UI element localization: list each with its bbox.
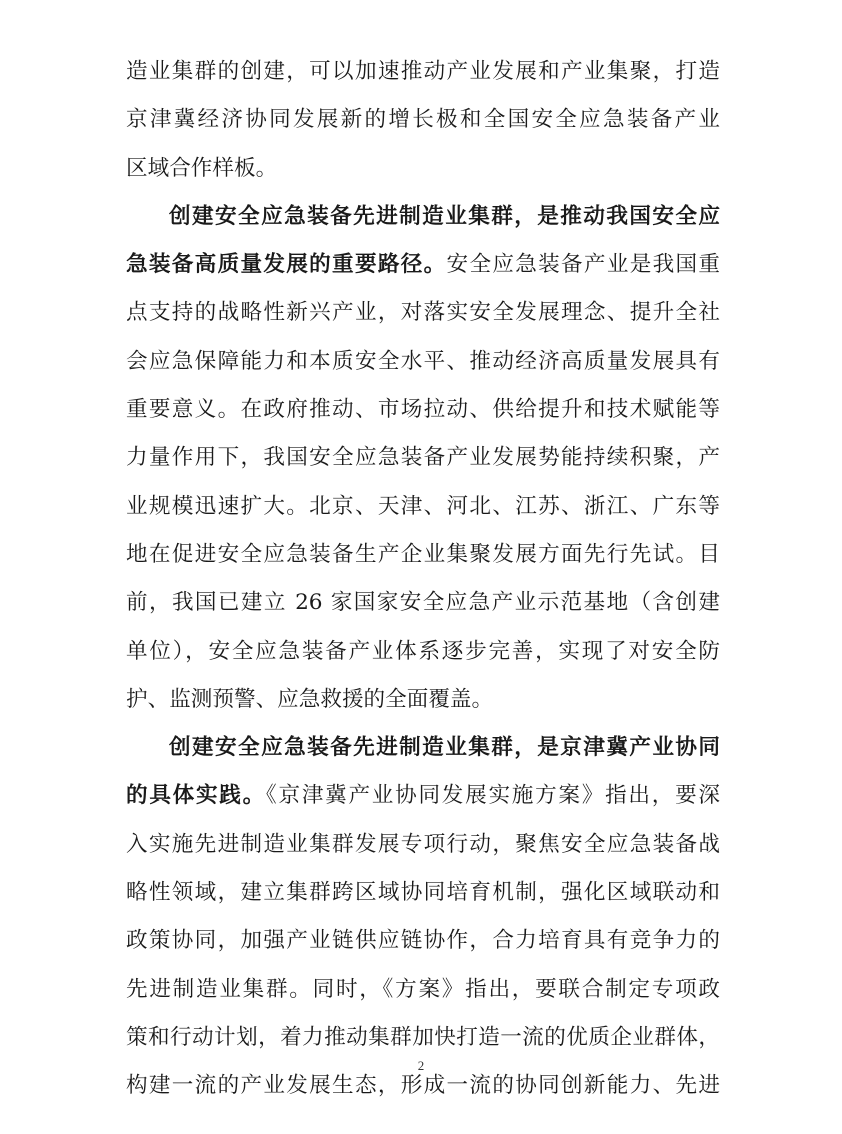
text-line: 力量作用下，我国安全应急装备产业发展势能持续积聚，产 <box>126 434 720 482</box>
body-text: 护、监测预警、应急救援的全面覆盖。 <box>126 687 493 712</box>
body-text: 单位），安全应急装备产业体系逐步完善，实现了对安全防 <box>126 639 720 664</box>
text-line: 点支持的战略性新兴产业，对落实安全发展理念、提升全社 <box>126 289 720 337</box>
bold-heading-text: 的具体实践。 <box>126 783 266 808</box>
document-body: 造业集群的创建，可以加速推动产业发展和产业集聚，打造京津冀经济协同发展新的增长极… <box>126 48 720 1111</box>
text-line: 急装备高质量发展的重要路径。安全应急装备产业是我国重 <box>126 241 720 289</box>
body-text: 前，我国已建立 26 家国家安全应急产业示范基地（含创建 <box>126 590 720 615</box>
text-line: 重要意义。在政府推动、市场拉动、供给提升和技术赋能等 <box>126 386 720 434</box>
text-line: 会应急保障能力和本质安全水平、推动经济高质量发展具有 <box>126 338 720 386</box>
bold-heading-text: 急装备高质量发展的重要路径。 <box>126 252 447 277</box>
text-line: 创建安全应急装备先进制造业集群，是京津冀产业协同 <box>126 724 720 772</box>
paragraph: 创建安全应急装备先进制造业集群，是推动我国安全应急装备高质量发展的重要路径。安全… <box>126 193 720 724</box>
text-line: 策和行动计划，着力推动集群加快打造一流的优质企业群体， <box>126 1014 720 1062</box>
body-text: 略性领域，建立集群跨区域协同培育机制，强化区域联动和 <box>126 880 720 905</box>
body-text: 先进制造业集群。同时，《方案》指出，要联合制定专项政 <box>126 977 720 1002</box>
text-line: 政策协同，加强产业链供应链协作，合力培育具有竞争力的 <box>126 917 720 965</box>
text-line: 略性领域，建立集群跨区域协同培育机制，强化区域联动和 <box>126 869 720 917</box>
text-line: 京津冀经济协同发展新的增长极和全国安全应急装备产业 <box>126 96 720 144</box>
page-number: 2 <box>0 1058 842 1074</box>
body-text: 造业集群的创建，可以加速推动产业发展和产业集聚，打造 <box>126 59 720 84</box>
body-text: 京津冀经济协同发展新的增长极和全国安全应急装备产业 <box>126 107 720 132</box>
body-text: 入实施先进制造业集群发展专项行动，聚焦安全应急装备战 <box>126 832 720 857</box>
body-text: 力量作用下，我国安全应急装备产业发展势能持续积聚，产 <box>126 445 720 470</box>
body-text: 地在促进安全应急装备生产企业集聚发展方面先行先试。目 <box>126 542 720 567</box>
text-line: 业规模迅速扩大。北京、天津、河北、江苏、浙江、广东等 <box>126 483 720 531</box>
body-text: 点支持的战略性新兴产业，对落实安全发展理念、提升全社 <box>126 300 720 325</box>
body-text: 策和行动计划，着力推动集群加快打造一流的优质企业群体， <box>126 1025 720 1050</box>
text-line: 创建安全应急装备先进制造业集群，是推动我国安全应 <box>126 193 720 241</box>
text-line: 区域合作样板。 <box>126 145 720 193</box>
body-text: 政策协同，加强产业链供应链协作，合力培育具有竞争力的 <box>126 928 720 953</box>
text-line: 入实施先进制造业集群发展专项行动，聚焦安全应急装备战 <box>126 821 720 869</box>
paragraph: 创建安全应急装备先进制造业集群，是京津冀产业协同的具体实践。《京津冀产业协同发展… <box>126 724 720 1110</box>
text-line: 护、监测预警、应急救援的全面覆盖。 <box>126 676 720 724</box>
text-line: 单位），安全应急装备产业体系逐步完善，实现了对安全防 <box>126 628 720 676</box>
text-line: 的具体实践。《京津冀产业协同发展实施方案》指出，要深 <box>126 772 720 820</box>
body-text: 业规模迅速扩大。北京、天津、河北、江苏、浙江、广东等 <box>126 494 720 519</box>
text-line: 造业集群的创建，可以加速推动产业发展和产业集聚，打造 <box>126 48 720 96</box>
bold-heading-text: 创建安全应急装备先进制造业集群，是推动我国安全应 <box>169 204 720 229</box>
body-text: 重要意义。在政府推动、市场拉动、供给提升和技术赋能等 <box>126 397 720 422</box>
bold-heading-text: 创建安全应急装备先进制造业集群，是京津冀产业协同 <box>169 735 720 760</box>
text-line: 前，我国已建立 26 家国家安全应急产业示范基地（含创建 <box>126 579 720 627</box>
body-text: 构建一流的产业发展生态，形成一流的协同创新能力、先进 <box>126 1073 720 1098</box>
text-line: 地在促进安全应急装备生产企业集聚发展方面先行先试。目 <box>126 531 720 579</box>
body-text: 安全应急装备产业是我国重 <box>447 252 720 277</box>
body-text: 《京津冀产业协同发展实施方案》指出，要深 <box>266 783 720 808</box>
paragraph: 造业集群的创建，可以加速推动产业发展和产业集聚，打造京津冀经济协同发展新的增长极… <box>126 48 720 193</box>
text-line: 先进制造业集群。同时，《方案》指出，要联合制定专项政 <box>126 966 720 1014</box>
body-text: 区域合作样板。 <box>126 156 277 181</box>
document-page: 造业集群的创建，可以加速推动产业发展和产业集聚，打造京津冀经济协同发展新的增长极… <box>0 0 842 1134</box>
body-text: 会应急保障能力和本质安全水平、推动经济高质量发展具有 <box>126 349 720 374</box>
